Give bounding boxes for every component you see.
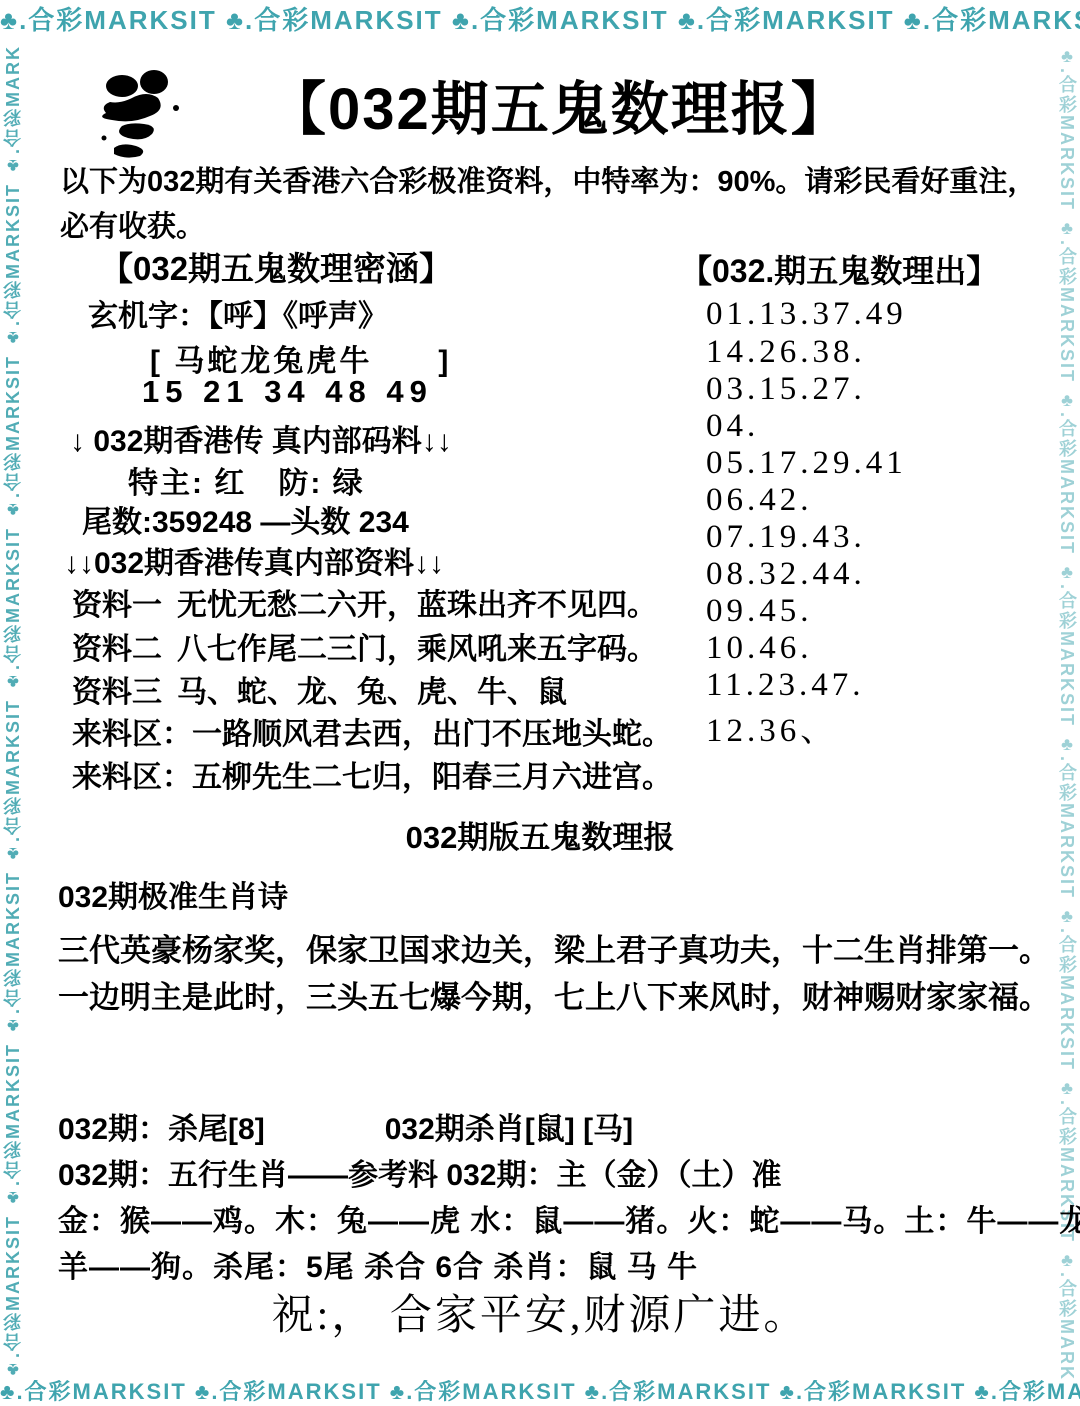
data-row-label: 资料一 bbox=[72, 580, 177, 624]
five-elements-line: 金：猴——鸡。木：兔——虎 水：鼠——猪。火：蛇——马。土：牛——龙—— bbox=[58, 1196, 1080, 1240]
inner-data-header: ↓↓032期香港传真内部资料↓↓ bbox=[64, 538, 444, 582]
five-elements-reference-line: 032期：五行生肖——参考料 032期：主（金）（土）准 bbox=[58, 1150, 781, 1194]
inner-code-header: ↓ 032期香港传 真内部码料↓↓ bbox=[70, 416, 452, 460]
zodiac-poem-line: 一边明主是此时，三头五七爆今期，七上八下来风时，财神赐财家家福。 bbox=[58, 972, 1050, 1017]
data-row-text: 八七作尾二三门，乘风吼来五字码。 bbox=[177, 624, 657, 668]
intro-paragraph: 以下为032期有关香港六合彩极准资料，中特率为：90%。请彩民看好重注，必有收获… bbox=[60, 160, 1050, 250]
data-row: 资料三 马、蛇、龙、兔、虎、牛、鼠 bbox=[72, 667, 672, 711]
data-row: 资料一 无忧无愁二六开，蓝珠出齐不见四。 bbox=[72, 580, 672, 624]
data-row-text: 五柳先生二七归，阳春三月六进宫。 bbox=[192, 752, 672, 796]
data-row-text: 无忧无愁二六开，蓝珠出齐不见四。 bbox=[177, 580, 657, 624]
blessing-line: 祝:， 合家平安,财源广进。 bbox=[0, 1282, 1080, 1342]
data-row-text: 马、蛇、龙、兔、虎、牛、鼠 bbox=[177, 667, 567, 711]
ink-ghost-mark-icon bbox=[92, 68, 202, 168]
number-group-row: 01.13.37.49 bbox=[706, 296, 907, 333]
number-group-row: 05.17.29.41 bbox=[706, 445, 907, 482]
mid-edition-title: 032期版五鬼数理报 bbox=[0, 812, 1080, 857]
kill-zodiac: 032期杀肖[鼠] [马] bbox=[385, 1104, 633, 1148]
watermark-border-right: ♣.合彩MARKSIT ♣.合彩MARKSIT ♣.合彩MARKSIT ♣.合彩… bbox=[1058, 46, 1080, 1380]
special-main-line: 特主: 红 防: 绿 bbox=[128, 458, 365, 502]
five-elements-line: 羊——狗。杀尾：5尾 杀合 6合 杀肖：鼠 马 牛 bbox=[58, 1242, 698, 1286]
zodiac-poem-line: 三代英豪杨家奖，保家卫国求边关，梁上君子真功夫，十二生肖排第一。 bbox=[58, 925, 1050, 970]
data-row: 资料二 八七作尾二三门，乘风吼来五字码。 bbox=[72, 624, 672, 668]
number-group-row: 11.23.47. bbox=[706, 667, 865, 704]
number-group-row: 06.42. bbox=[706, 482, 813, 519]
spacer bbox=[265, 1104, 385, 1148]
right-panel-title: 【032.期五鬼数理出】 bbox=[680, 246, 998, 292]
number-group-row: 08.32.44. bbox=[706, 556, 866, 593]
data-row-text: 一路顺风君去西，出门不压地头蛇。 bbox=[192, 709, 672, 753]
lucky-numbers-line: 15 21 34 48 49 bbox=[142, 374, 433, 410]
tail-head-line: 尾数:359248 —头数 234 bbox=[82, 497, 409, 541]
data-row: 来料区： 五柳先生二七归，阳春三月六进宫。 bbox=[72, 752, 672, 796]
data-row-label: 资料二 bbox=[72, 624, 177, 668]
number-group-row: 09.45. bbox=[706, 593, 813, 630]
data-row: 来料区： 一路顺风君去西，出门不压地头蛇。 bbox=[72, 709, 672, 753]
number-group-row: 07.19.43. bbox=[706, 519, 866, 556]
mystery-word-line: 玄机字：【呼】《呼声》 bbox=[88, 291, 388, 335]
watermark-border-left: ♣.合彩MARKSIT ♣.合彩MARKSIT ♣.合彩MARKSIT ♣.合彩… bbox=[0, 46, 24, 1380]
zodiac-poem-header: 032期极准生肖诗 bbox=[58, 872, 288, 916]
data-row-label: 来料区： bbox=[72, 752, 192, 796]
number-group-row: 14.26.38. bbox=[706, 334, 866, 371]
number-group-row: 03.15.27. bbox=[706, 371, 866, 408]
data-row-label: 资料三 bbox=[72, 667, 177, 711]
kill-tail-zodiac-line: 032期：杀尾[8] 032期杀肖[鼠] [马] bbox=[58, 1104, 633, 1148]
number-group-row: 10.46. bbox=[706, 630, 813, 667]
kill-tail: 032期：杀尾[8] bbox=[58, 1104, 265, 1148]
data-row-label: 来料区： bbox=[72, 709, 192, 753]
left-panel-title: 【032期五鬼数理密涵】 bbox=[100, 243, 452, 290]
page-title: 【032期五鬼数理报】 bbox=[268, 62, 851, 146]
five-ghost-report-page: ♣.合彩MARKSIT ♣.合彩MARKSIT ♣.合彩MARKSIT ♣.合彩… bbox=[0, 0, 1080, 1406]
watermark-border-top: ♣.合彩MARKSIT ♣.合彩MARKSIT ♣.合彩MARKSIT ♣.合彩… bbox=[0, 0, 1080, 46]
number-group-row: 12.36、 bbox=[706, 704, 837, 751]
number-group-row: 04. bbox=[706, 408, 759, 445]
watermark-border-bottom: ♣.合彩MARKSIT ♣.合彩MARKSIT ♣.合彩MARKSIT ♣.合彩… bbox=[0, 1380, 1080, 1406]
